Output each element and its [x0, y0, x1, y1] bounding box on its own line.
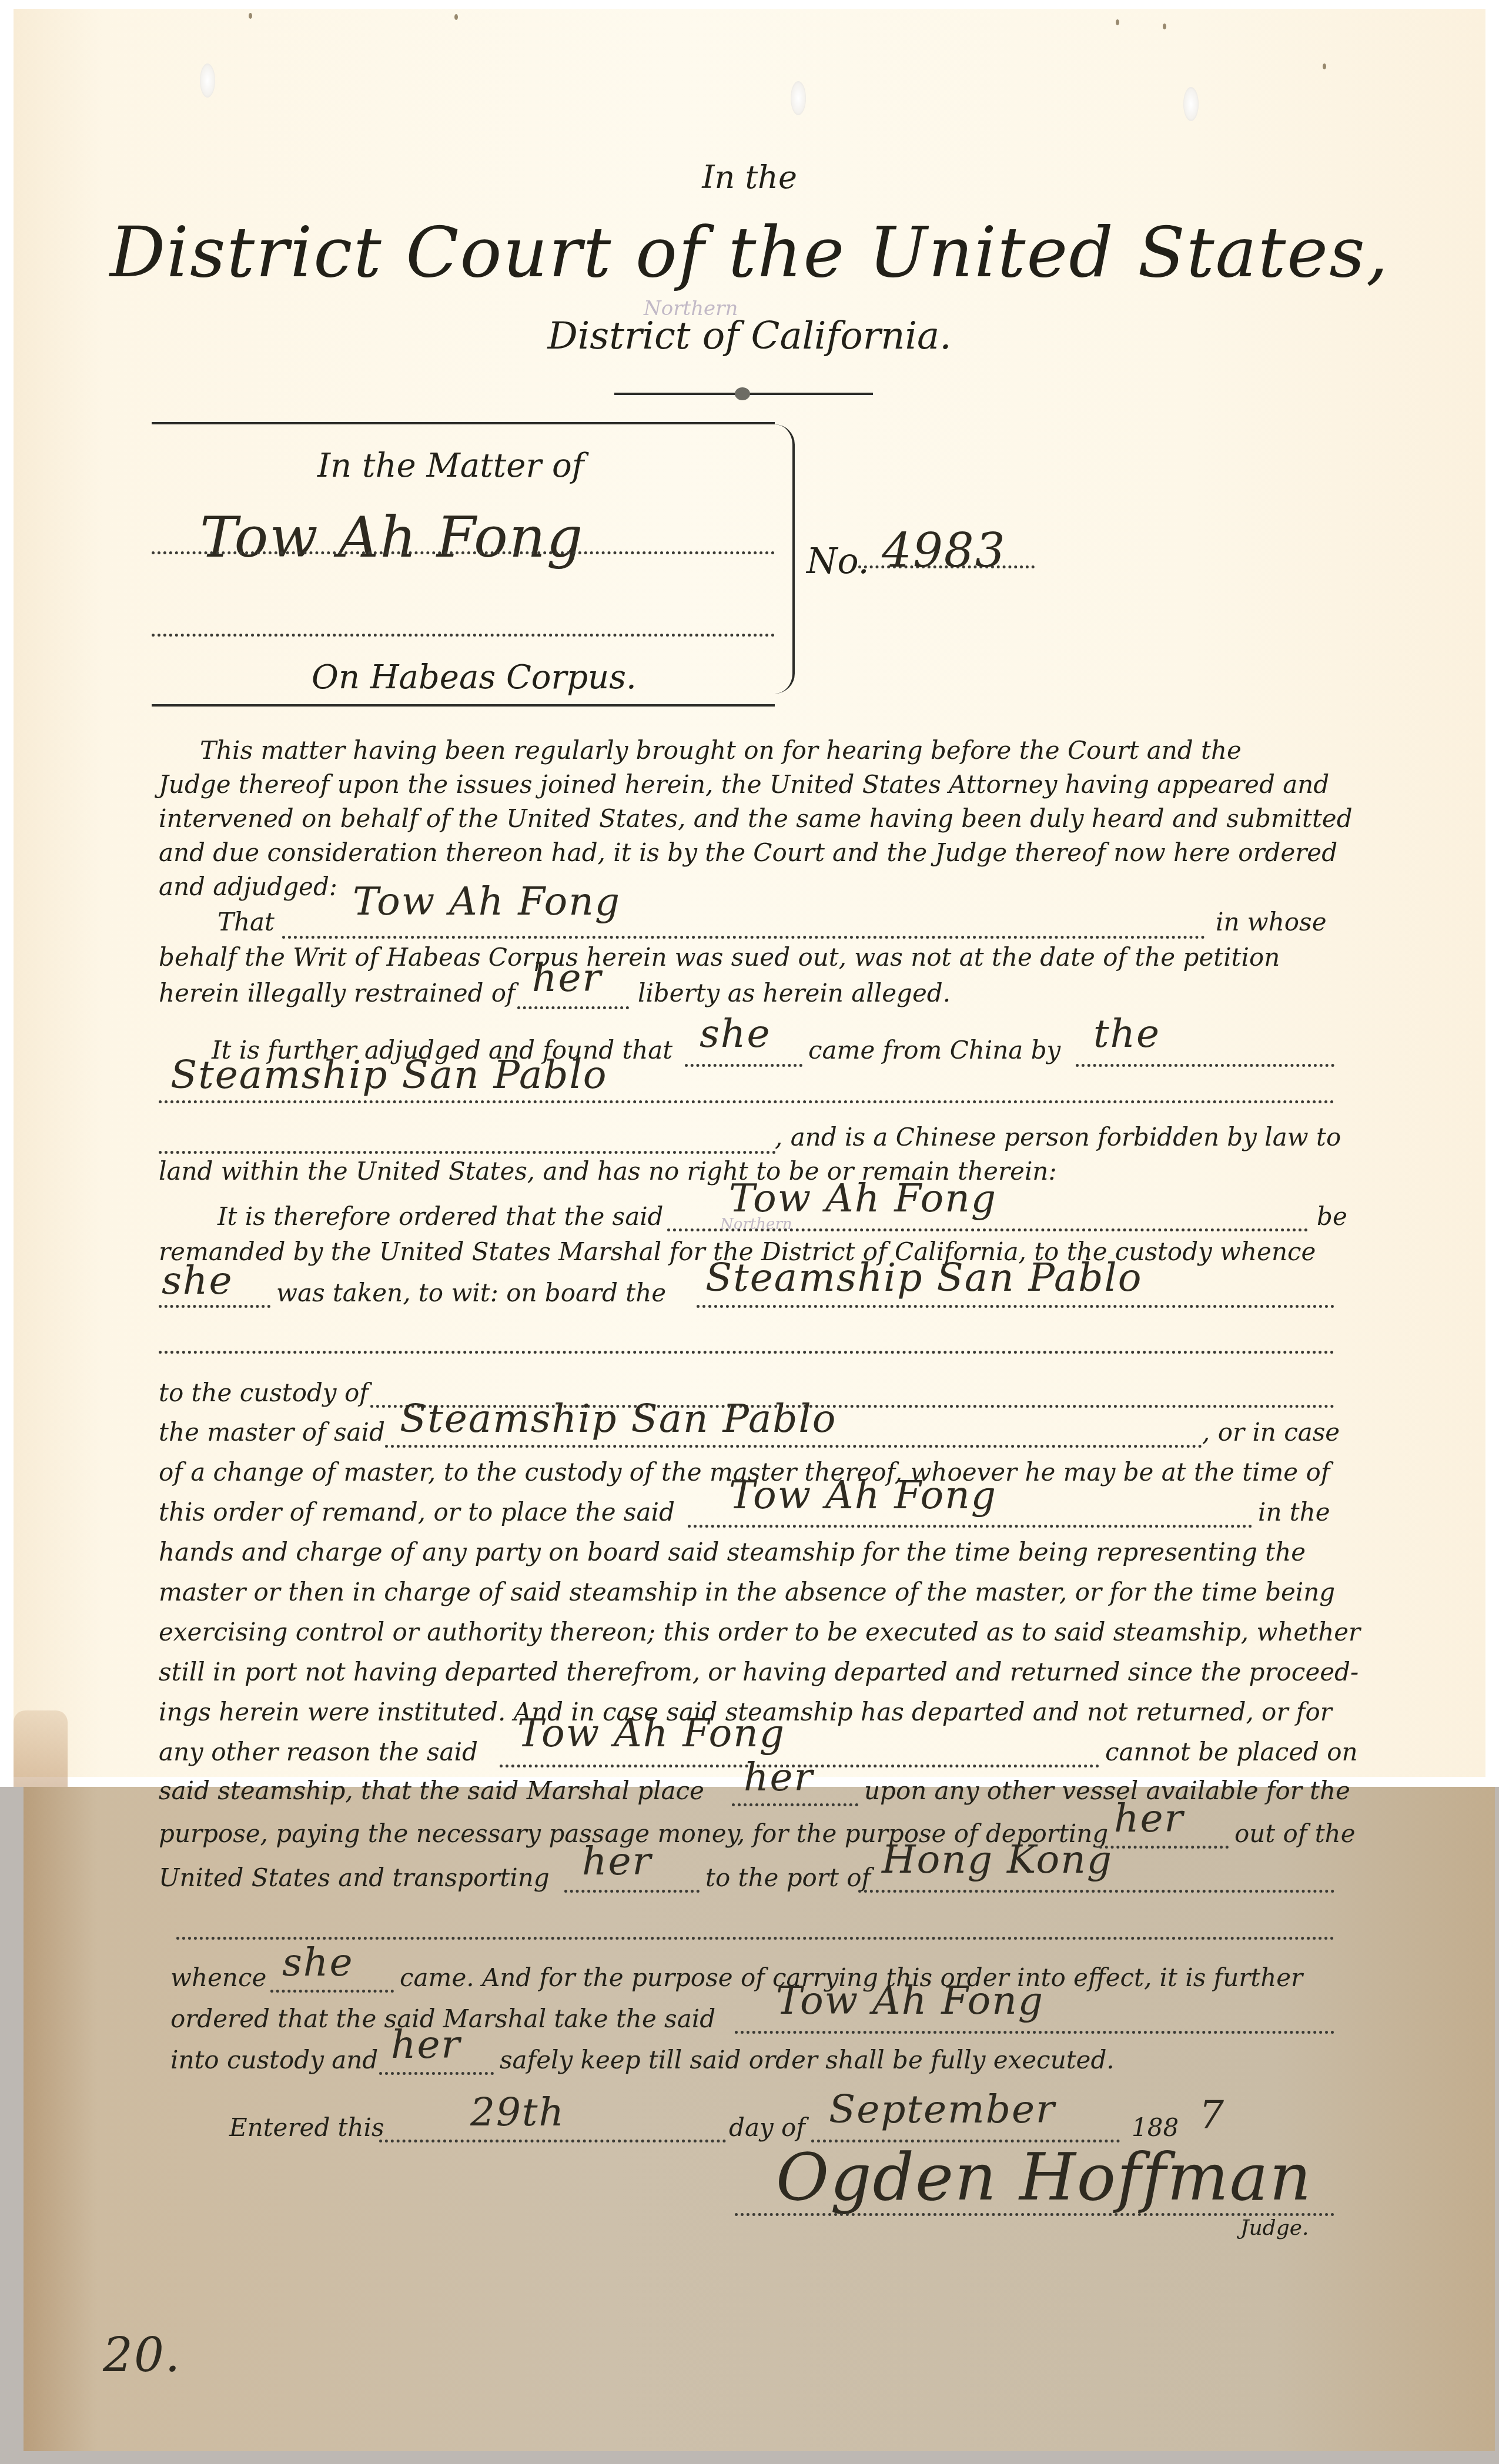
further-vessel-line — [1076, 1064, 1334, 1067]
purpose-pronoun: her — [1114, 1796, 1184, 1841]
that-suffix: in whose — [1216, 908, 1327, 936]
taken-vessel: Steamship San Pablo — [705, 1255, 1142, 1300]
matter-blank-line — [152, 634, 775, 637]
body-line: intervened on behalf of the United State… — [159, 804, 1353, 833]
place-prefix: said steamship, that the said Marshal pl… — [159, 1776, 704, 1805]
entered-prefix: Entered this — [229, 2113, 384, 2142]
body-line: and adjudged: — [159, 872, 337, 901]
exercising-line: exercising control or authority thereon;… — [159, 1618, 1360, 1646]
keep-prefix: into custody and — [170, 2045, 378, 2074]
transport-mid: to the port of — [705, 1863, 871, 1892]
master-line: master or then in charge of said steamsh… — [159, 1578, 1335, 1606]
ordered-name: Tow Ah Fong — [729, 1176, 997, 1221]
further-pronoun: she — [700, 1011, 771, 1056]
master-suffix: , or in case — [1202, 1418, 1340, 1447]
remand-prefix: this order of remand, or to place the sa… — [159, 1498, 675, 1526]
restrained-line — [517, 1006, 629, 1009]
vessel-line — [159, 1100, 1334, 1103]
remand-name-line — [688, 1525, 1252, 1528]
ordered-suffix: be — [1317, 1202, 1347, 1231]
restrained-suffix: liberty as herein alleged. — [638, 979, 951, 1007]
body-line: This matter having been regularly brough… — [200, 736, 1242, 765]
northern-stamp-2: Northern — [720, 1216, 792, 1233]
taken-pronoun: she — [162, 1258, 233, 1303]
purpose-pronoun-line — [1099, 1846, 1229, 1849]
master-prefix: the master of said — [159, 1418, 385, 1447]
further-vessel-b: Steamship San Pablo — [170, 1052, 607, 1097]
body-line: and due consideration thereon had, it is… — [159, 838, 1337, 867]
transport-port: Hong Kong — [882, 1837, 1113, 1882]
whence-pronoun: she — [282, 1940, 353, 1985]
water-stain — [14, 1710, 68, 1787]
master-vessel-line — [385, 1445, 1202, 1448]
place-pronoun: her — [744, 1755, 814, 1800]
place-suffix: upon any other vessel available for the — [864, 1776, 1350, 1805]
take-name: Tow Ah Fong — [776, 1978, 1044, 2023]
divider-ornament-icon — [735, 387, 750, 400]
proceeding-type: On Habeas Corpus. — [312, 658, 637, 697]
remand-name: Tow Ah Fong — [729, 1472, 997, 1518]
custody-prefix: to the custody of — [159, 1378, 369, 1407]
restrained-pronoun: her — [532, 955, 602, 1000]
entered-day-line — [379, 2140, 726, 2142]
year-printed: 188 — [1132, 2113, 1179, 2142]
further-pronoun-line — [685, 1064, 802, 1067]
entered-month: September — [829, 2087, 1056, 2132]
case-number-label: No. — [807, 541, 869, 582]
transport-port-line — [858, 1890, 1334, 1893]
transport-pronoun-line — [564, 1890, 700, 1893]
master-vessel: Steamship San Pablo — [400, 1396, 837, 1441]
ink-speck — [1163, 24, 1166, 29]
further-mid: came from China by — [808, 1036, 1060, 1064]
blank-line — [159, 1351, 1334, 1354]
page-number: 20. — [103, 2328, 181, 2382]
punch-hole-icon — [200, 63, 215, 98]
punch-hole-icon — [791, 81, 806, 115]
day-of-label: day of — [729, 2113, 805, 2142]
judge-title: Judge. — [1240, 2216, 1309, 2240]
chinese-suffix: , and is a Chinese person forbidden by l… — [775, 1123, 1341, 1151]
other-suffix: cannot be placed on — [1105, 1737, 1358, 1766]
ink-speck — [1323, 63, 1326, 69]
year-handwritten: 7 — [1199, 2093, 1225, 2138]
place-pronoun-line — [732, 1803, 858, 1806]
writ-line: behalf the Writ of Habeas Corpus herein … — [159, 943, 1280, 972]
matter-name: Tow Ah Fong — [200, 504, 584, 570]
whence-prefix: whence — [170, 1963, 266, 1992]
remand-suffix: in the — [1258, 1498, 1330, 1526]
keep-suffix: safely keep till said order shall be ful… — [500, 2045, 1115, 2074]
body-line: Judge thereof upon the issues joined her… — [159, 770, 1329, 799]
keep-pronoun: her — [391, 2022, 461, 2067]
take-name-line — [735, 2031, 1334, 2034]
taken-pronoun-line — [159, 1305, 270, 1308]
other-name: Tow Ah Fong — [517, 1710, 785, 1756]
header-in-the: In the — [0, 159, 1499, 196]
matter-name-line — [152, 551, 775, 554]
caption-top-rule — [152, 422, 775, 424]
blank-line — [159, 1151, 776, 1154]
matter-label: In the Matter of — [317, 447, 584, 485]
caption-brace-icon — [775, 424, 795, 694]
judge-signature: Ogden Hoffman — [776, 2140, 1312, 2215]
entered-day: 29th — [470, 2090, 565, 2135]
restrained-prefix: herein illegally restrained of — [159, 979, 516, 1007]
keep-pronoun-line — [379, 2072, 494, 2075]
that-prefix: That — [218, 908, 275, 936]
taken-vessel-line — [697, 1305, 1334, 1308]
caption-bottom-rule — [152, 704, 775, 707]
ink-speck — [454, 14, 458, 20]
that-name: Tow Ah Fong — [353, 879, 621, 924]
case-number-value: 4983 — [882, 523, 1006, 578]
transport-prefix: United States and transporting — [159, 1863, 550, 1892]
punch-hole-icon — [1183, 87, 1199, 121]
whence-pronoun-line — [270, 1990, 394, 1993]
district-title: District of California. — [0, 314, 1499, 358]
taken-mid: was taken, to wit: on board the — [276, 1278, 666, 1307]
other-prefix: any other reason the said — [159, 1737, 478, 1766]
ink-speck — [1116, 19, 1119, 25]
further-vessel-a: the — [1093, 1011, 1160, 1056]
that-name-line — [282, 936, 1205, 939]
purpose-suffix: out of the — [1234, 1819, 1356, 1848]
hands-line: hands and charge of any party on board s… — [159, 1538, 1306, 1566]
ink-speck — [249, 13, 252, 19]
still-line: still in port not having departed theref… — [159, 1658, 1359, 1686]
ordered-prefix: It is therefore ordered that the said — [218, 1202, 664, 1231]
court-title: District Court of the United States, — [0, 212, 1499, 293]
transport-pronoun: her — [582, 1839, 652, 1884]
